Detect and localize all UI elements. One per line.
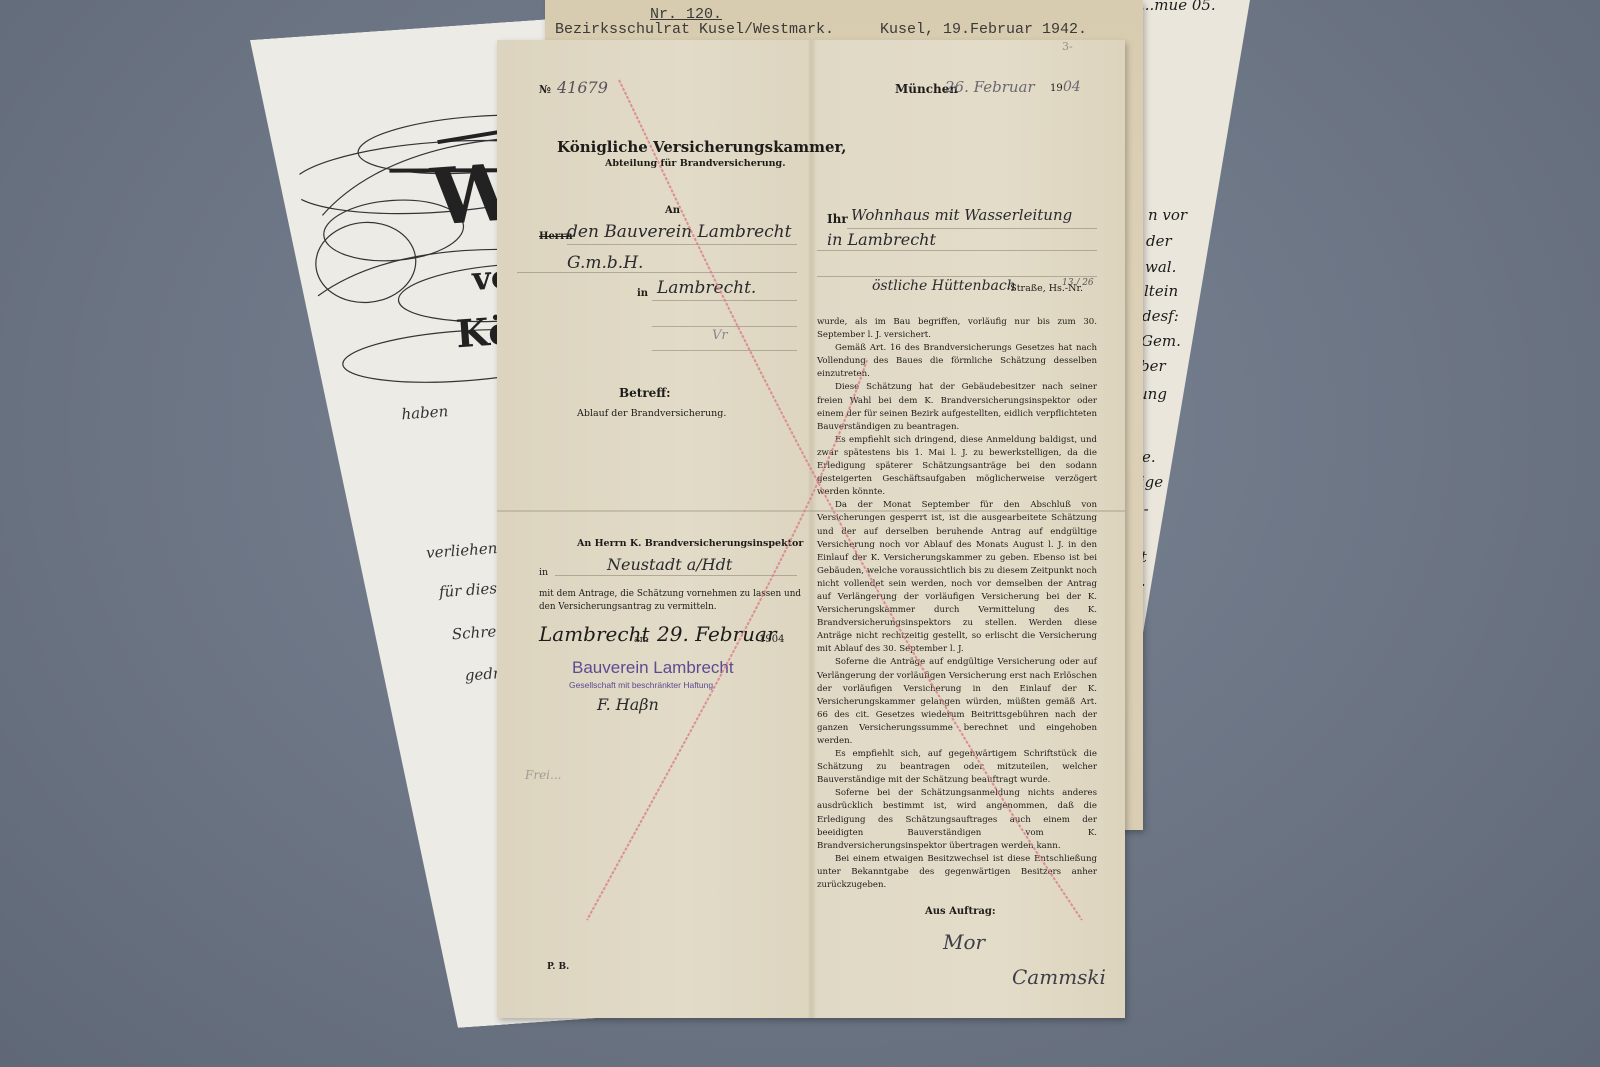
house-number: 13 / 26 — [1062, 278, 1094, 288]
betreff-label: Betreff: — [619, 386, 671, 400]
body-paragraph: Gemäß Art. 16 des Brandversicherungs Ges… — [817, 342, 1097, 381]
letter-line: ber — [1140, 357, 1166, 375]
request-text: mit dem Antrage, die Schätzung vornehmen… — [539, 588, 801, 613]
stamp-signature: F. Haβn — [597, 695, 659, 714]
letter-line: n vor — [1148, 206, 1187, 224]
recipient-line-1: den Bauverein Lambrecht — [567, 222, 791, 242]
stamp-name: Bauverein Lambrecht — [572, 658, 734, 678]
letter-line: ltein — [1144, 282, 1178, 300]
body-paragraph: Soferne die Anträge auf endgültige Versi… — [817, 656, 1097, 748]
corner-mark: 3- — [1062, 40, 1073, 53]
date-value: 26. Februar — [945, 78, 1035, 96]
typed-sender: Bezirksschulrat Kusel/Westmark. — [555, 21, 834, 38]
form-body-text: wurde, als im Bau begriffen, vorläufig n… — [817, 316, 1097, 892]
form-number-label: № — [539, 83, 551, 96]
betreff-value: Ablauf der Brandversicherung. — [577, 408, 726, 419]
object-underline — [817, 250, 1097, 251]
in-label: in — [637, 288, 648, 299]
ihr-label: Ihr — [827, 212, 848, 226]
pencil-note: Frei... — [525, 768, 561, 782]
recipient-underline — [517, 272, 797, 273]
typed-place-date: Kusel, 19.Februar 1942. — [880, 21, 1087, 38]
footer-mark: P. B. — [547, 962, 569, 972]
recipient-underline — [652, 300, 797, 301]
an-label: An — [665, 205, 680, 216]
header-title: Königliche Versicherungskammer, — [557, 138, 847, 156]
object-underline — [847, 228, 1097, 229]
object-underline — [817, 276, 1097, 277]
initials: Vr — [712, 328, 728, 343]
signature-2: Cammski — [1012, 965, 1106, 989]
inspector-heading: An Herrn K. Brandversicherungsinspektor — [577, 538, 803, 549]
letter-line: der — [1146, 232, 1172, 250]
letter-line: wal. — [1145, 258, 1176, 276]
sign-year: 1904 — [759, 634, 784, 645]
object-line-1: Wohnhaus mit Wasserleitung — [851, 206, 1072, 224]
insurance-form-1904: 3- № 41679 München 26. Februar 19 04 Kön… — [497, 40, 1125, 1018]
body-paragraph: Bei einem etwaigen Besitzwechsel ist die… — [817, 853, 1097, 892]
stamp-subtitle: Gesellschaft mit beschränkter Haftung. — [569, 680, 715, 690]
body-paragraph: Diese Schätzung hat der Gebäudebesitzer … — [817, 381, 1097, 433]
inspector-in-label: in — [539, 567, 548, 578]
aus-auftrag-label: Aus Auftrag: — [925, 906, 996, 917]
recipient-underline — [567, 244, 797, 245]
handwritten-letter-sheet: ...mue 05. n vor der wal. ltein desf: Ge… — [1130, 0, 1250, 710]
recipient-line-2: G.m.b.H. — [567, 253, 643, 273]
certificate-handwriting: haben — [401, 402, 449, 423]
inspector-city: Neustadt a/Hdt — [607, 555, 732, 574]
body-paragraph: Es empfiehlt sich dringend, diese Anmeld… — [817, 434, 1097, 499]
recipient-underline — [652, 326, 797, 327]
street-value: östliche Hüttenbach — [872, 278, 1016, 294]
year-prefix: 19 — [1050, 83, 1063, 94]
object-line-2: in Lambrecht — [827, 230, 936, 249]
inspector-underline — [555, 575, 797, 576]
body-paragraph: Es empfiehlt sich, auf gegenwärtigem Sch… — [817, 748, 1097, 787]
body-paragraph: Soferne bei der Schätzungsanmeldung nich… — [817, 787, 1097, 852]
year-suffix: 04 — [1063, 79, 1081, 95]
header-subtitle: Abteilung für Brandversicherung. — [605, 158, 786, 169]
recipient-city: Lambrecht. — [657, 278, 756, 298]
body-paragraph: wurde, als im Bau begriffen, vorläufig n… — [817, 316, 1097, 342]
signature-1: Mor — [943, 930, 985, 954]
letter-top-fragment: ...mue 05. — [1140, 0, 1216, 14]
sign-place: Lambrecht — [539, 622, 650, 646]
letter-line: Gem. — [1141, 332, 1181, 350]
recipient-underline — [652, 350, 797, 351]
sign-am-label: am — [634, 634, 649, 645]
body-paragraph: Da der Monat September für den Abschluß … — [817, 499, 1097, 656]
letter-line: desf: — [1142, 307, 1179, 325]
form-number-value: 41679 — [557, 78, 608, 97]
